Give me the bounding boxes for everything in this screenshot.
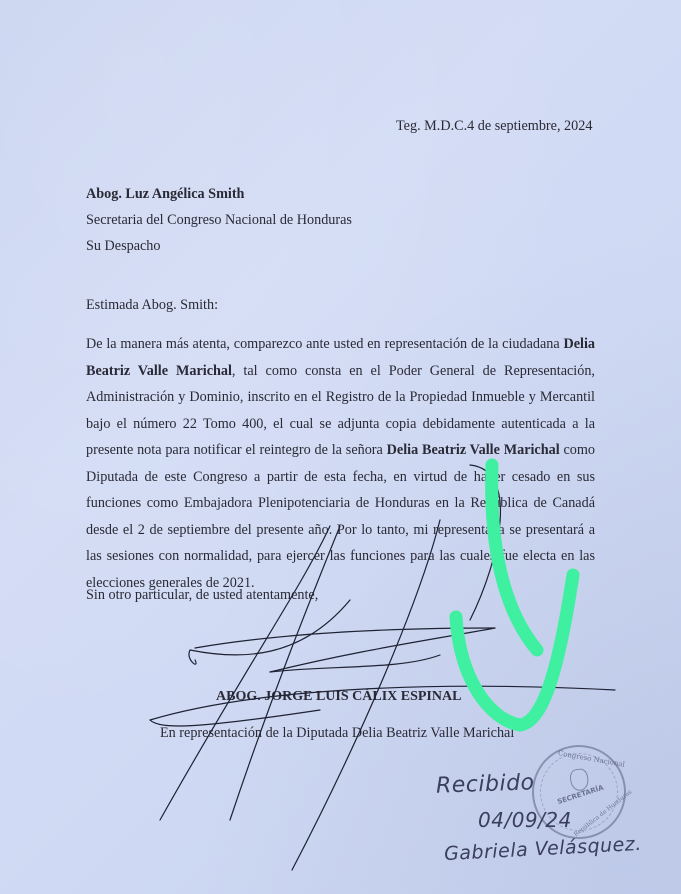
- received-by: Gabriela Velásquez.: [444, 833, 643, 865]
- recipient-name: Abog. Luz Angélica Smith: [86, 187, 352, 213]
- date-line: Teg. M.D.C.4 de septiembre, 2024: [396, 119, 592, 133]
- recipient-office: Su Despacho: [86, 239, 352, 265]
- received-note: Recibido: [436, 770, 535, 798]
- closing-line: Sin otro particular, de usted atentament…: [86, 588, 318, 602]
- letter-page: Teg. M.D.C.4 de septiembre, 2024 Abog. L…: [0, 0, 681, 894]
- received-date: 04/09/24: [478, 808, 572, 832]
- body-paragraph: De la manera más atenta, comparezco ante…: [86, 331, 595, 596]
- signatory-role: En representación de la Diputada Delia B…: [160, 726, 514, 740]
- salutation: Estimada Abog. Smith:: [86, 298, 218, 312]
- recipient-title: Secretaria del Congreso Nacional de Hond…: [86, 213, 352, 239]
- client-name-bold: Delia Beatriz Valle Marichal: [387, 442, 560, 458]
- signatory-name: ABOG. JORGE LUIS CÁLIX ESPINAL: [216, 690, 461, 704]
- body-text: como Diputada de este Congreso a partir …: [86, 442, 595, 591]
- body-text: De la manera más atenta, comparezco ante…: [86, 336, 563, 352]
- recipient-block: Abog. Luz Angélica Smith Secretaria del …: [86, 187, 352, 265]
